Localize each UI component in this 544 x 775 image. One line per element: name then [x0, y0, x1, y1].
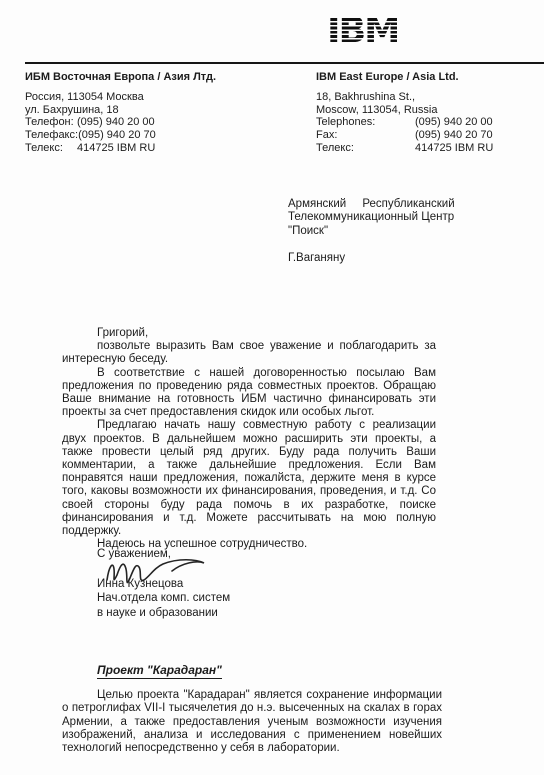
contact-row: Телекс: 414725 IBM RU — [25, 142, 156, 155]
ibm-logo-icon: IBM — [327, 14, 397, 48]
contact-label: Телекс: — [316, 142, 415, 155]
project-heading-text: Проект "Карадаран" — [97, 663, 222, 679]
contact-value: (095) 940 20 70 — [78, 129, 156, 142]
contact-value: (095) 940 20 00 — [415, 116, 493, 129]
contact-label: Телекс: — [25, 142, 77, 155]
address-block-en: 18, Bakhrushina St., Moscow, 113054, Rus… — [316, 91, 493, 155]
recipient-block: Армянский Республиканский Телекоммуникац… — [288, 198, 455, 266]
recipient-org-line: Телекоммуникационный Центр — [288, 211, 455, 224]
contact-label: Телефакс: — [25, 129, 78, 142]
recipient-org-line: Армянский Республиканский — [288, 198, 455, 211]
ibm-logo-stripes — [327, 14, 397, 48]
contact-label: Telephones: — [316, 116, 415, 129]
address-line: Россия, 113054 Москва — [25, 91, 156, 104]
contact-row: Telephones: (095) 940 20 00 — [316, 116, 493, 129]
signer-title-line: Нач.отдела комп. систем — [97, 591, 230, 605]
contact-value: (095) 940 20 70 — [415, 129, 493, 142]
letter-body: Григорий, позвольте выразить Вам свое ув… — [62, 327, 436, 551]
contact-label: Телефон: — [25, 116, 77, 129]
signer-name: Инна Кузнецова — [97, 577, 230, 591]
salutation: Григорий, — [62, 327, 436, 340]
address-line: ул. Бахрушина, 18 — [25, 104, 156, 117]
signer-block: Инна Кузнецова Нач.отдела комп. систем в… — [97, 577, 230, 620]
address-block-ru: Россия, 113054 Москва ул. Бахрушина, 18 … — [25, 91, 156, 155]
contact-label: Fax: — [316, 129, 415, 142]
contact-row: Телекс: 414725 IBM RU — [316, 142, 493, 155]
company-name-en: IBM East Europe / Asia Ltd. — [316, 71, 459, 83]
contact-row: Fax: (095) 940 20 70 — [316, 129, 493, 142]
project-paragraph: Целью проекта "Карадаран" является сохра… — [62, 689, 442, 755]
contact-value: 414725 IBM RU — [77, 142, 155, 155]
contact-value: (095) 940 20 00 — [77, 116, 155, 129]
body-paragraph: Предлагаю начать нашу совместную работу … — [62, 419, 436, 538]
address-line: Moscow, 113054, Russia — [316, 104, 493, 117]
contact-value: 414725 IBM RU — [415, 142, 493, 155]
recipient-person: Г.Ваганяну — [288, 252, 455, 265]
contact-row: Телефон: (095) 940 20 00 — [25, 116, 156, 129]
header-divider — [25, 62, 544, 64]
body-paragraph: позвольте выразить Вам свое уважение и п… — [62, 340, 436, 366]
address-line: 18, Bakhrushina St., — [316, 91, 493, 104]
contact-row: Телефакс: (095) 940 20 70 — [25, 129, 156, 142]
signer-title-line: в науке и образовании — [97, 606, 230, 620]
company-name-ru: ИБМ Восточная Европа / Азия Лтд. — [25, 71, 216, 83]
project-heading: Проект "Карадаран" — [97, 663, 222, 679]
recipient-org-line: "Поиск" — [288, 225, 455, 238]
letter-page: IBM ИБМ Восточная Европа / Азия Лтд. IBM… — [0, 0, 544, 775]
body-paragraph: В соответствие с нашей договоренностью п… — [62, 367, 436, 420]
